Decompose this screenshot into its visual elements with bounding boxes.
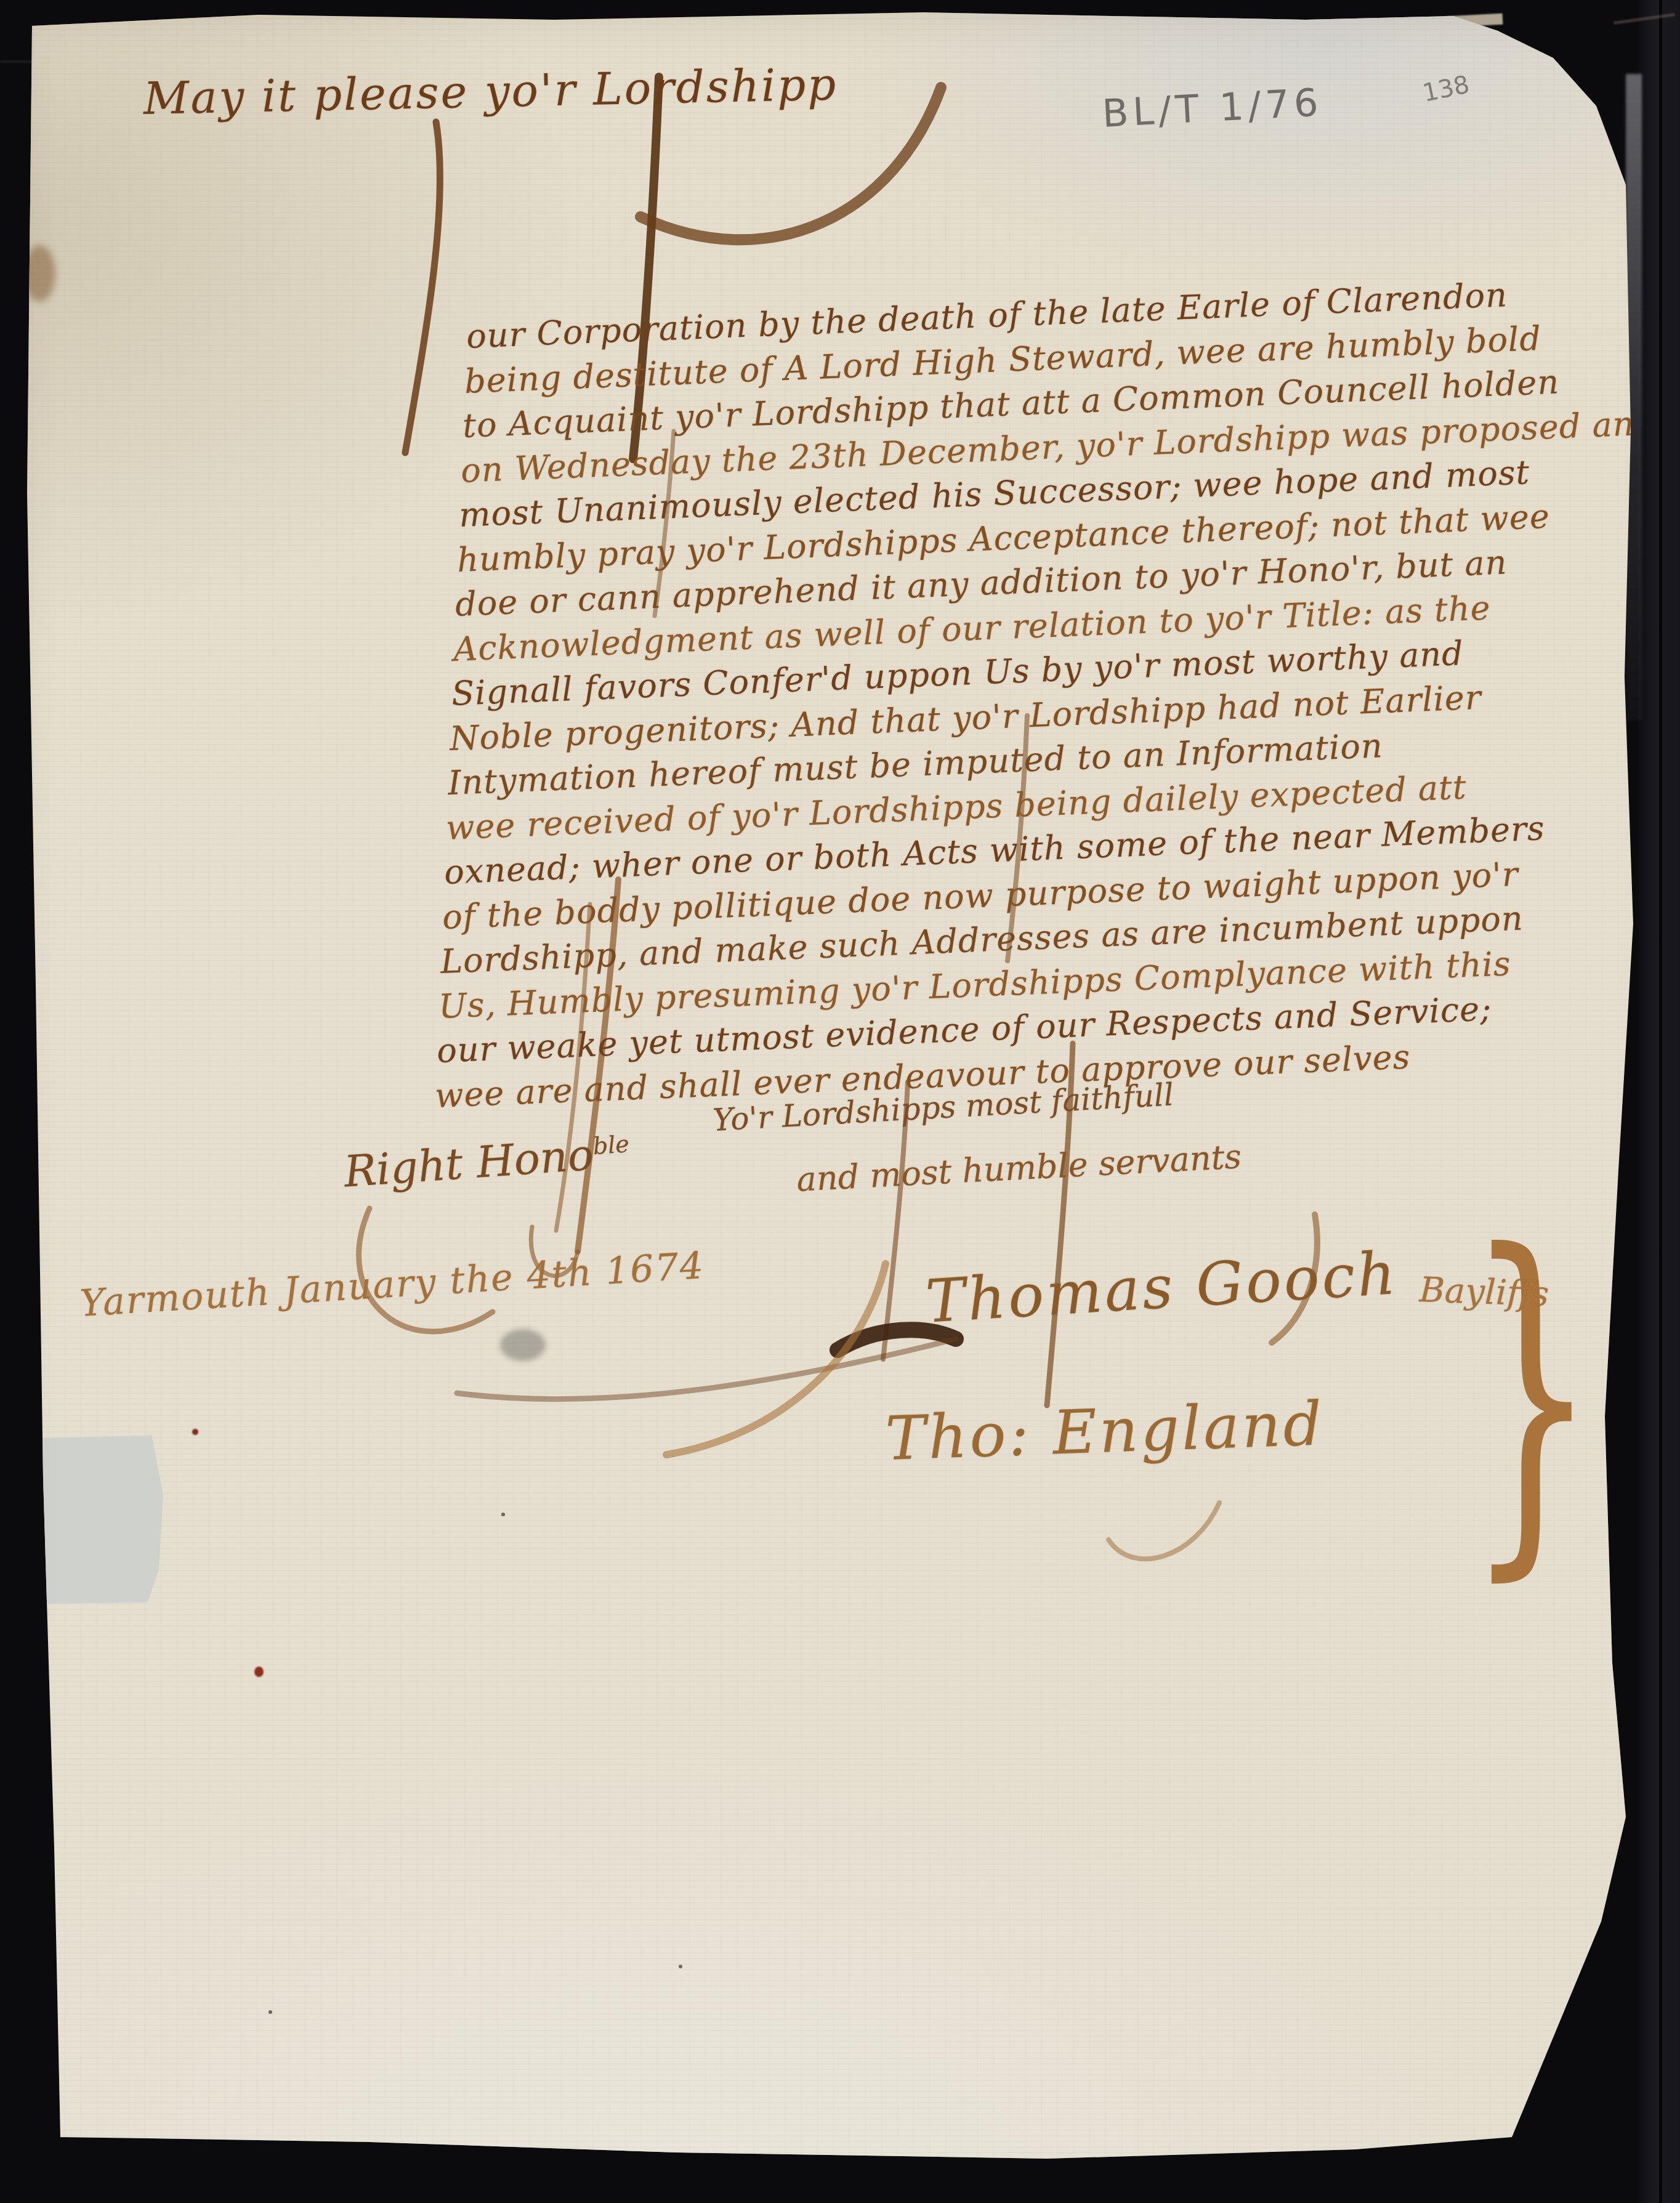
flourish-stroke bbox=[578, 879, 618, 1251]
flourish-stroke bbox=[1008, 716, 1027, 961]
manuscript-photo: May it please yo'r Lordshipp our Corpora… bbox=[0, 0, 1680, 2203]
body-line: Signall favors Confer'd uppon Us by yo'r… bbox=[451, 634, 1464, 713]
flourish-stroke bbox=[655, 431, 674, 616]
folio-number: 138 bbox=[1420, 70, 1472, 108]
body-line: Acknowledgment as well of our relation t… bbox=[453, 588, 1492, 669]
ink-flourishes bbox=[0, 0, 1680, 2203]
body-line: wee received of yo'r Lordshipps being da… bbox=[445, 767, 1468, 847]
place-dateline: Yarmouth January the 4th 1674 bbox=[79, 1244, 706, 1325]
address-line: Right Honoble bbox=[342, 1127, 631, 1197]
body-line: Intymation hereof must be imputed to an … bbox=[447, 726, 1384, 802]
body-line: Lordshipp, and make such Addresses as ar… bbox=[440, 899, 1524, 981]
flourish-stroke bbox=[640, 87, 941, 240]
flourish-stroke bbox=[666, 1264, 886, 1455]
body-line: of the boddy pollitique doe now purpose … bbox=[442, 854, 1519, 936]
pencil-shelfmark: BL/T 1/76 bbox=[1101, 79, 1323, 136]
fox-spot bbox=[254, 1667, 264, 1677]
letter-page: May it please yo'r Lordshipp our Corpora… bbox=[0, 0, 1680, 2203]
signature-brace: } bbox=[1466, 1178, 1597, 1611]
flourish-stroke bbox=[531, 1227, 578, 1276]
fox-spot bbox=[192, 1429, 198, 1435]
salutation: May it please yo'r Lordshipp bbox=[143, 58, 838, 124]
address-superscript: ble bbox=[592, 1130, 630, 1160]
speck bbox=[269, 2010, 272, 2014]
mount-seam bbox=[1659, 0, 1662, 2203]
flourish-stroke bbox=[633, 77, 659, 459]
flourish-stroke bbox=[1109, 1503, 1219, 1559]
repair-patch bbox=[28, 1435, 169, 1607]
speck bbox=[501, 1513, 505, 1516]
body-line: wee are and shall ever endeavour to appr… bbox=[434, 1037, 1411, 1115]
body-line: to Acquaint yo'r Lordshipp that att a Co… bbox=[462, 362, 1560, 445]
flourish-stroke bbox=[405, 122, 440, 453]
valediction-line-1: Yo'r Lordshipps most faithfull bbox=[712, 1077, 1174, 1138]
body-line: doe or cann apprehend it any addition to… bbox=[454, 543, 1508, 624]
flourish-stroke bbox=[838, 1330, 956, 1350]
body-line: Us, Humbly presuming yo'r Lordshipps Com… bbox=[438, 944, 1512, 1026]
signature-tho-england: Tho: England bbox=[884, 1389, 1325, 1474]
flourish-stroke bbox=[457, 1339, 956, 1399]
valediction-line-2: and most humble servants bbox=[796, 1137, 1242, 1199]
body-line: being destitute of A Lord High Steward, … bbox=[464, 318, 1542, 400]
flourish-stroke bbox=[359, 1208, 493, 1332]
flourish-stroke bbox=[1047, 1043, 1073, 1405]
body-line: our Corporation by the death of the late… bbox=[466, 275, 1508, 356]
signature-thomas-gooch: Thomas Gooch bbox=[924, 1239, 1400, 1336]
flourish-stroke bbox=[883, 1082, 908, 1359]
stain bbox=[23, 245, 55, 302]
body-line: Noble progenitors; And that yo'r Lordshi… bbox=[449, 677, 1482, 758]
speck bbox=[679, 1965, 682, 1968]
signatories-role: Bayliffs bbox=[1419, 1270, 1550, 1314]
body-line: our weake yet utmost evidence of our Res… bbox=[436, 989, 1492, 1070]
stain bbox=[500, 1329, 546, 1361]
body-line: most Unanimously elected his Successor; … bbox=[458, 453, 1530, 535]
body-line: humbly pray yo'r Lordshipps Acceptance t… bbox=[456, 496, 1551, 579]
body-line: oxnead; wher one or both Acts with some … bbox=[443, 809, 1546, 892]
flourish-stroke bbox=[556, 904, 590, 1231]
body-line: on Wednesday the 23th December, yo'r Lor… bbox=[460, 403, 1657, 490]
flourish-stroke bbox=[1272, 1215, 1317, 1343]
